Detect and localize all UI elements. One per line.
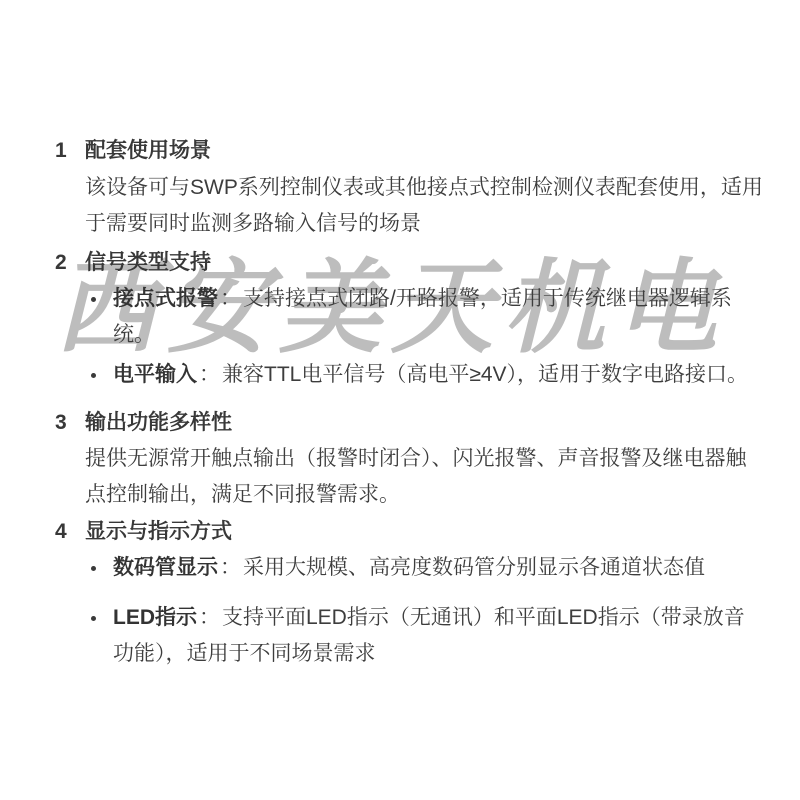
section-title: 显示与指示方式 <box>85 519 232 545</box>
bullet-colon: ： <box>197 363 222 386</box>
bullet-term: 电平输入 <box>113 363 197 386</box>
paragraph-line: 该设备可与SWP系列控制仪表或其他接点式控制检测仪表配套使用，适用 <box>85 170 800 206</box>
bullet-dot-icon <box>91 373 96 378</box>
paragraph-line: 点控制输出，满足不同报警需求。 <box>85 477 800 513</box>
section-3-heading: 3 输出功能多样性 <box>55 410 800 436</box>
paragraph-line: 提供无源常开触点输出（报警时闭合）、闪光报警、声音报警及继电器触 <box>85 441 800 477</box>
bullet-colon: ： <box>197 606 222 629</box>
section-1-heading: 1 配套使用场景 <box>55 138 800 164</box>
bullet-text: 支持接点式闭路/开路报警，适用于传统继电器逻辑系 <box>243 287 732 310</box>
section-number: 3 <box>55 410 85 436</box>
section-title: 配套使用场景 <box>85 138 211 164</box>
section-title: 信号类型支持 <box>85 250 211 276</box>
section-2-heading: 2 信号类型支持 <box>55 250 800 276</box>
paragraph-line: 于需要同时监测多路输入信号的场景 <box>85 206 800 242</box>
bullet-item: 接点式报警：支持接点式闭路/开路报警，适用于传统继电器逻辑系 统。 <box>85 281 800 353</box>
bullet-text-line: LED指示：支持平面LED指示（无通讯）和平面LED指示（带录放音 <box>113 600 800 636</box>
bullet-term: 数码管显示 <box>113 556 218 579</box>
section-3-paragraph: 提供无源常开触点输出（报警时闭合）、闪光报警、声音报警及继电器触 点控制输出，满… <box>85 441 800 513</box>
bullet-item: 电平输入：兼容TTL电平信号（高电平≥4V），适用于数字电路接口。 <box>85 357 800 393</box>
bullet-dot-icon <box>91 616 96 621</box>
bullet-item: LED指示：支持平面LED指示（无通讯）和平面LED指示（带录放音 功能），适用… <box>85 600 800 672</box>
bullet-text-line: 数码管显示：采用大规模、高亮度数码管分别显示各通道状态值 <box>113 550 800 586</box>
bullet-colon: ： <box>218 287 243 310</box>
bullet-colon: ： <box>218 556 243 579</box>
section-number: 1 <box>55 138 85 164</box>
bullet-item: 数码管显示：采用大规模、高亮度数码管分别显示各通道状态值 <box>85 550 800 586</box>
section-1-paragraph: 该设备可与SWP系列控制仪表或其他接点式控制检测仪表配套使用，适用 于需要同时监… <box>85 170 800 242</box>
section-title: 输出功能多样性 <box>85 410 232 436</box>
document-page: 西安美天机电 1 配套使用场景 该设备可与SWP系列控制仪表或其他接点式控制检测… <box>0 0 800 800</box>
bullet-dot-icon <box>91 297 96 302</box>
bullet-text-line: 电平输入：兼容TTL电平信号（高电平≥4V），适用于数字电路接口。 <box>113 357 800 393</box>
bullet-text: 支持平面LED指示（无通讯）和平面LED指示（带录放音 <box>222 606 745 629</box>
bullet-term: 接点式报警 <box>113 287 218 310</box>
bullet-term: LED指示 <box>113 606 197 629</box>
bullet-text-line: 统。 <box>113 317 800 353</box>
section-4-heading: 4 显示与指示方式 <box>55 519 800 545</box>
bullet-dot-icon <box>91 566 96 571</box>
bullet-text: 兼容TTL电平信号（高电平≥4V），适用于数字电路接口。 <box>222 363 748 386</box>
section-number: 2 <box>55 250 85 276</box>
bullet-text: 采用大规模、高亮度数码管分别显示各通道状态值 <box>243 556 705 579</box>
document-body: 1 配套使用场景 该设备可与SWP系列控制仪表或其他接点式控制检测仪表配套使用，… <box>0 0 800 672</box>
bullet-text-line: 接点式报警：支持接点式闭路/开路报警，适用于传统继电器逻辑系 <box>113 281 800 317</box>
section-number: 4 <box>55 519 85 545</box>
bullet-text-line: 功能），适用于不同场景需求 <box>113 636 800 672</box>
